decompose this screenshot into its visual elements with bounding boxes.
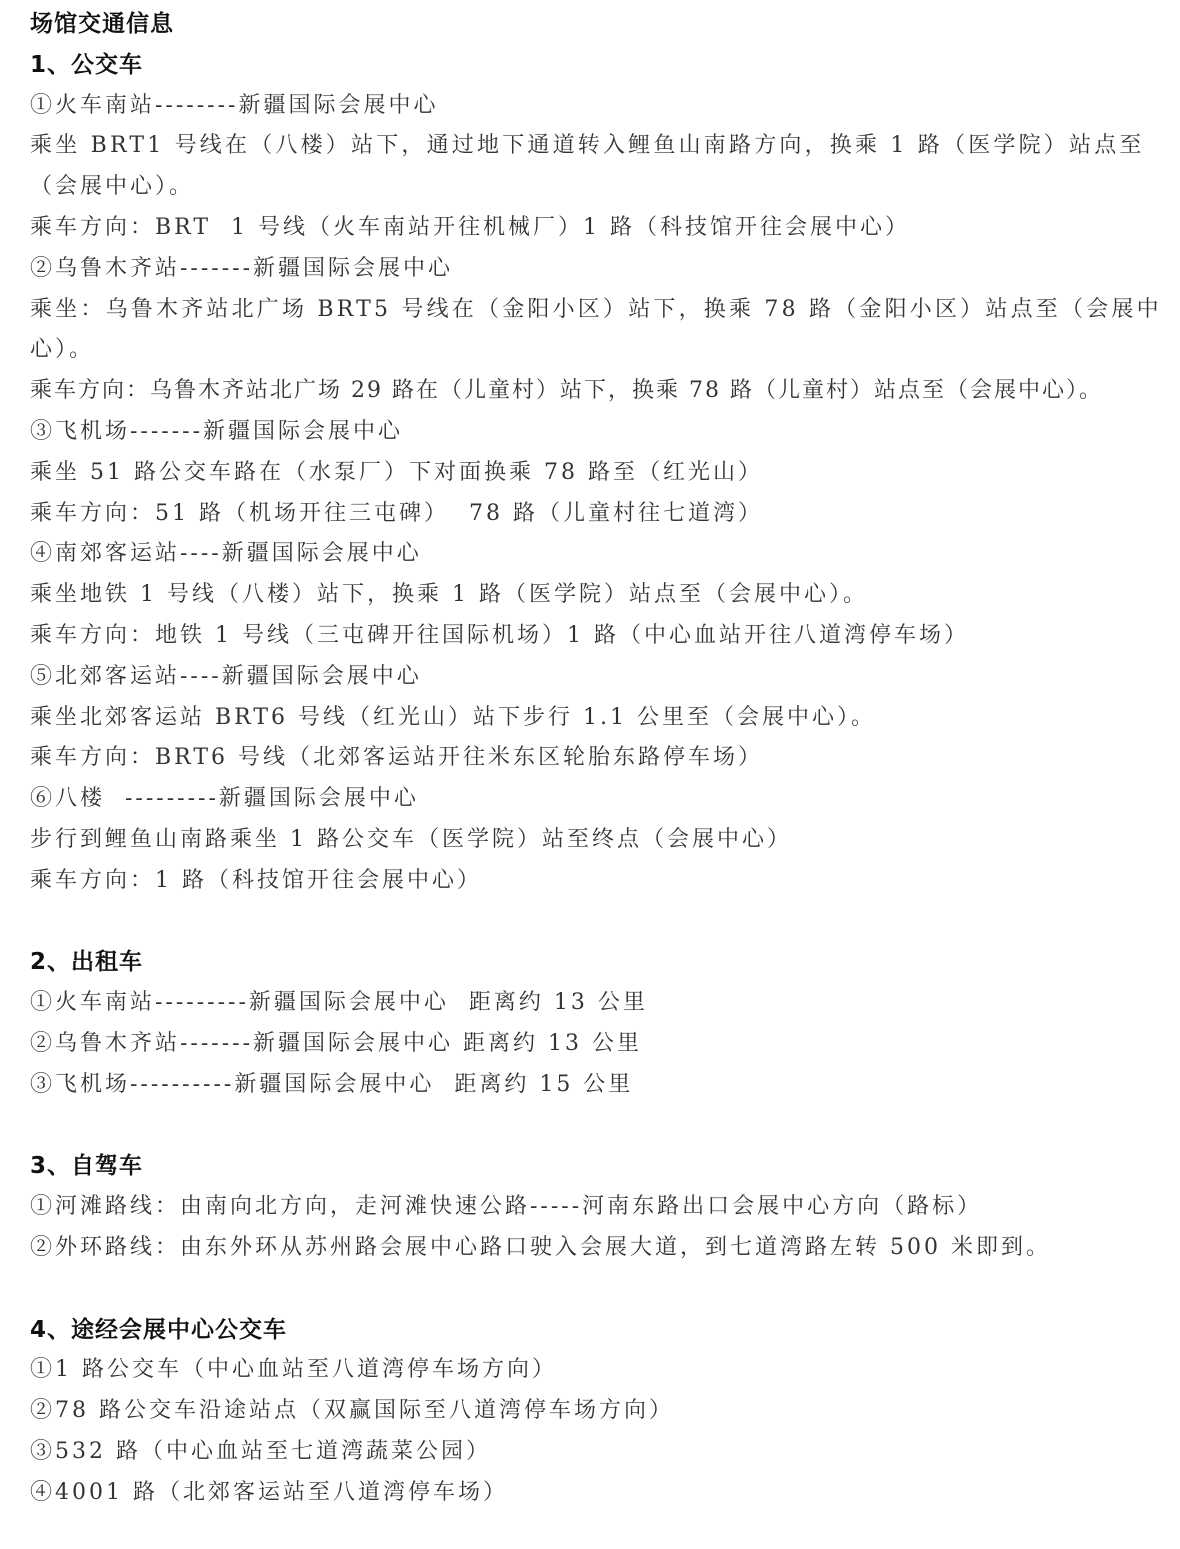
route-title: ⑤北郊客运站----新疆国际会展中心 bbox=[30, 657, 1180, 698]
section-heading: 4、途经会展中心公交车 bbox=[30, 1310, 1180, 1351]
route-title: ⑥八楼 ---------新疆国际会展中心 bbox=[30, 779, 1180, 820]
route-direction: 乘车方向：地铁 1 号线（三屯碑开往国际机场）1 路（中心血站开往八道湾停车场） bbox=[30, 616, 1180, 657]
taxi-route: ③飞机场----------新疆国际会展中心 距离约 15 公里 bbox=[30, 1065, 1180, 1106]
section-heading: 2、出租车 bbox=[30, 942, 1180, 983]
route-direction: 乘车方向：乌鲁木齐站北广场 29 路在（儿童村）站下，换乘 78 路（儿童村）站… bbox=[30, 371, 1180, 412]
route-detail: 乘坐 51 路公交车路在（水泵厂）下对面换乘 78 路至（红光山） bbox=[30, 453, 1180, 494]
section-passing-buses: 4、途经会展中心公交车 ①1 路公交车（中心血站至八道湾停车场方向） ②78 路… bbox=[30, 1310, 1180, 1514]
route-detail: 乘坐 BRT1 号线在（八楼）站下，通过地下通道转入鲤鱼山南路方向，换乘 1 路… bbox=[30, 126, 1180, 167]
section-spacer bbox=[30, 1106, 1180, 1147]
section-spacer bbox=[30, 1269, 1180, 1310]
section-bus: 1、公交车 ①火车南站--------新疆国际会展中心 乘坐 BRT1 号线在（… bbox=[30, 45, 1180, 902]
bus-line: ③532 路（中心血站至七道湾蔬菜公园） bbox=[30, 1432, 1180, 1473]
document-page: 场馆交通信息 1、公交车 ①火车南站--------新疆国际会展中心 乘坐 BR… bbox=[0, 0, 1180, 1513]
taxi-route: ②乌鲁木齐站-------新疆国际会展中心 距离约 13 公里 bbox=[30, 1024, 1180, 1065]
route-title: ②乌鲁木齐站-------新疆国际会展中心 bbox=[30, 249, 1180, 290]
bus-line: ①1 路公交车（中心血站至八道湾停车场方向） bbox=[30, 1350, 1180, 1391]
drive-route: ①河滩路线：由南向北方向，走河滩快速公路-----河南东路出口会展中心方向（路标… bbox=[30, 1187, 1180, 1228]
section-self-drive: 3、自驾车 ①河滩路线：由南向北方向，走河滩快速公路-----河南东路出口会展中… bbox=[30, 1146, 1180, 1268]
section-heading: 3、自驾车 bbox=[30, 1146, 1180, 1187]
page-title: 场馆交通信息 bbox=[30, 4, 1180, 45]
route-detail: 乘坐北郊客运站 BRT6 号线（红光山）站下步行 1.1 公里至（会展中心）。 bbox=[30, 698, 1180, 739]
section-heading: 1、公交车 bbox=[30, 45, 1180, 86]
route-detail: 步行到鲤鱼山南路乘坐 1 路公交车（医学院）站至终点（会展中心） bbox=[30, 820, 1180, 861]
route-title: ①火车南站--------新疆国际会展中心 bbox=[30, 86, 1180, 127]
route-detail: 乘坐：乌鲁木齐站北广场 BRT5 号线在（金阳小区）站下，换乘 78 路（金阳小… bbox=[30, 290, 1180, 331]
section-taxi: 2、出租车 ①火车南站---------新疆国际会展中心 距离约 13 公里 ②… bbox=[30, 942, 1180, 1105]
bus-line: ④4001 路（北郊客运站至八道湾停车场） bbox=[30, 1473, 1180, 1514]
route-direction: 乘车方向：BRT6 号线（北郊客运站开往米东区轮胎东路停车场） bbox=[30, 738, 1180, 779]
drive-route: ②外环路线：由东外环从苏州路会展中心路口驶入会展大道，到七道湾路左转 500 米… bbox=[30, 1228, 1180, 1269]
bus-line: ②78 路公交车沿途站点（双赢国际至八道湾停车场方向） bbox=[30, 1391, 1180, 1432]
route-title: ③飞机场-------新疆国际会展中心 bbox=[30, 412, 1180, 453]
route-detail-cont: 心）。 bbox=[30, 330, 1180, 371]
route-title: ④南郊客运站----新疆国际会展中心 bbox=[30, 534, 1180, 575]
route-direction: 乘车方向：1 路（科技馆开往会展中心） bbox=[30, 861, 1180, 902]
route-direction: 乘车方向：BRT 1 号线（火车南站开往机械厂）1 路（科技馆开往会展中心） bbox=[30, 208, 1180, 249]
route-direction: 乘车方向：51 路（机场开往三屯碑） 78 路（儿童村往七道湾） bbox=[30, 494, 1180, 535]
section-spacer bbox=[30, 902, 1180, 943]
route-detail: 乘坐地铁 1 号线（八楼）站下，换乘 1 路（医学院）站点至（会展中心）。 bbox=[30, 575, 1180, 616]
taxi-route: ①火车南站---------新疆国际会展中心 距离约 13 公里 bbox=[30, 983, 1180, 1024]
route-detail-cont: （会展中心）。 bbox=[30, 167, 1180, 208]
